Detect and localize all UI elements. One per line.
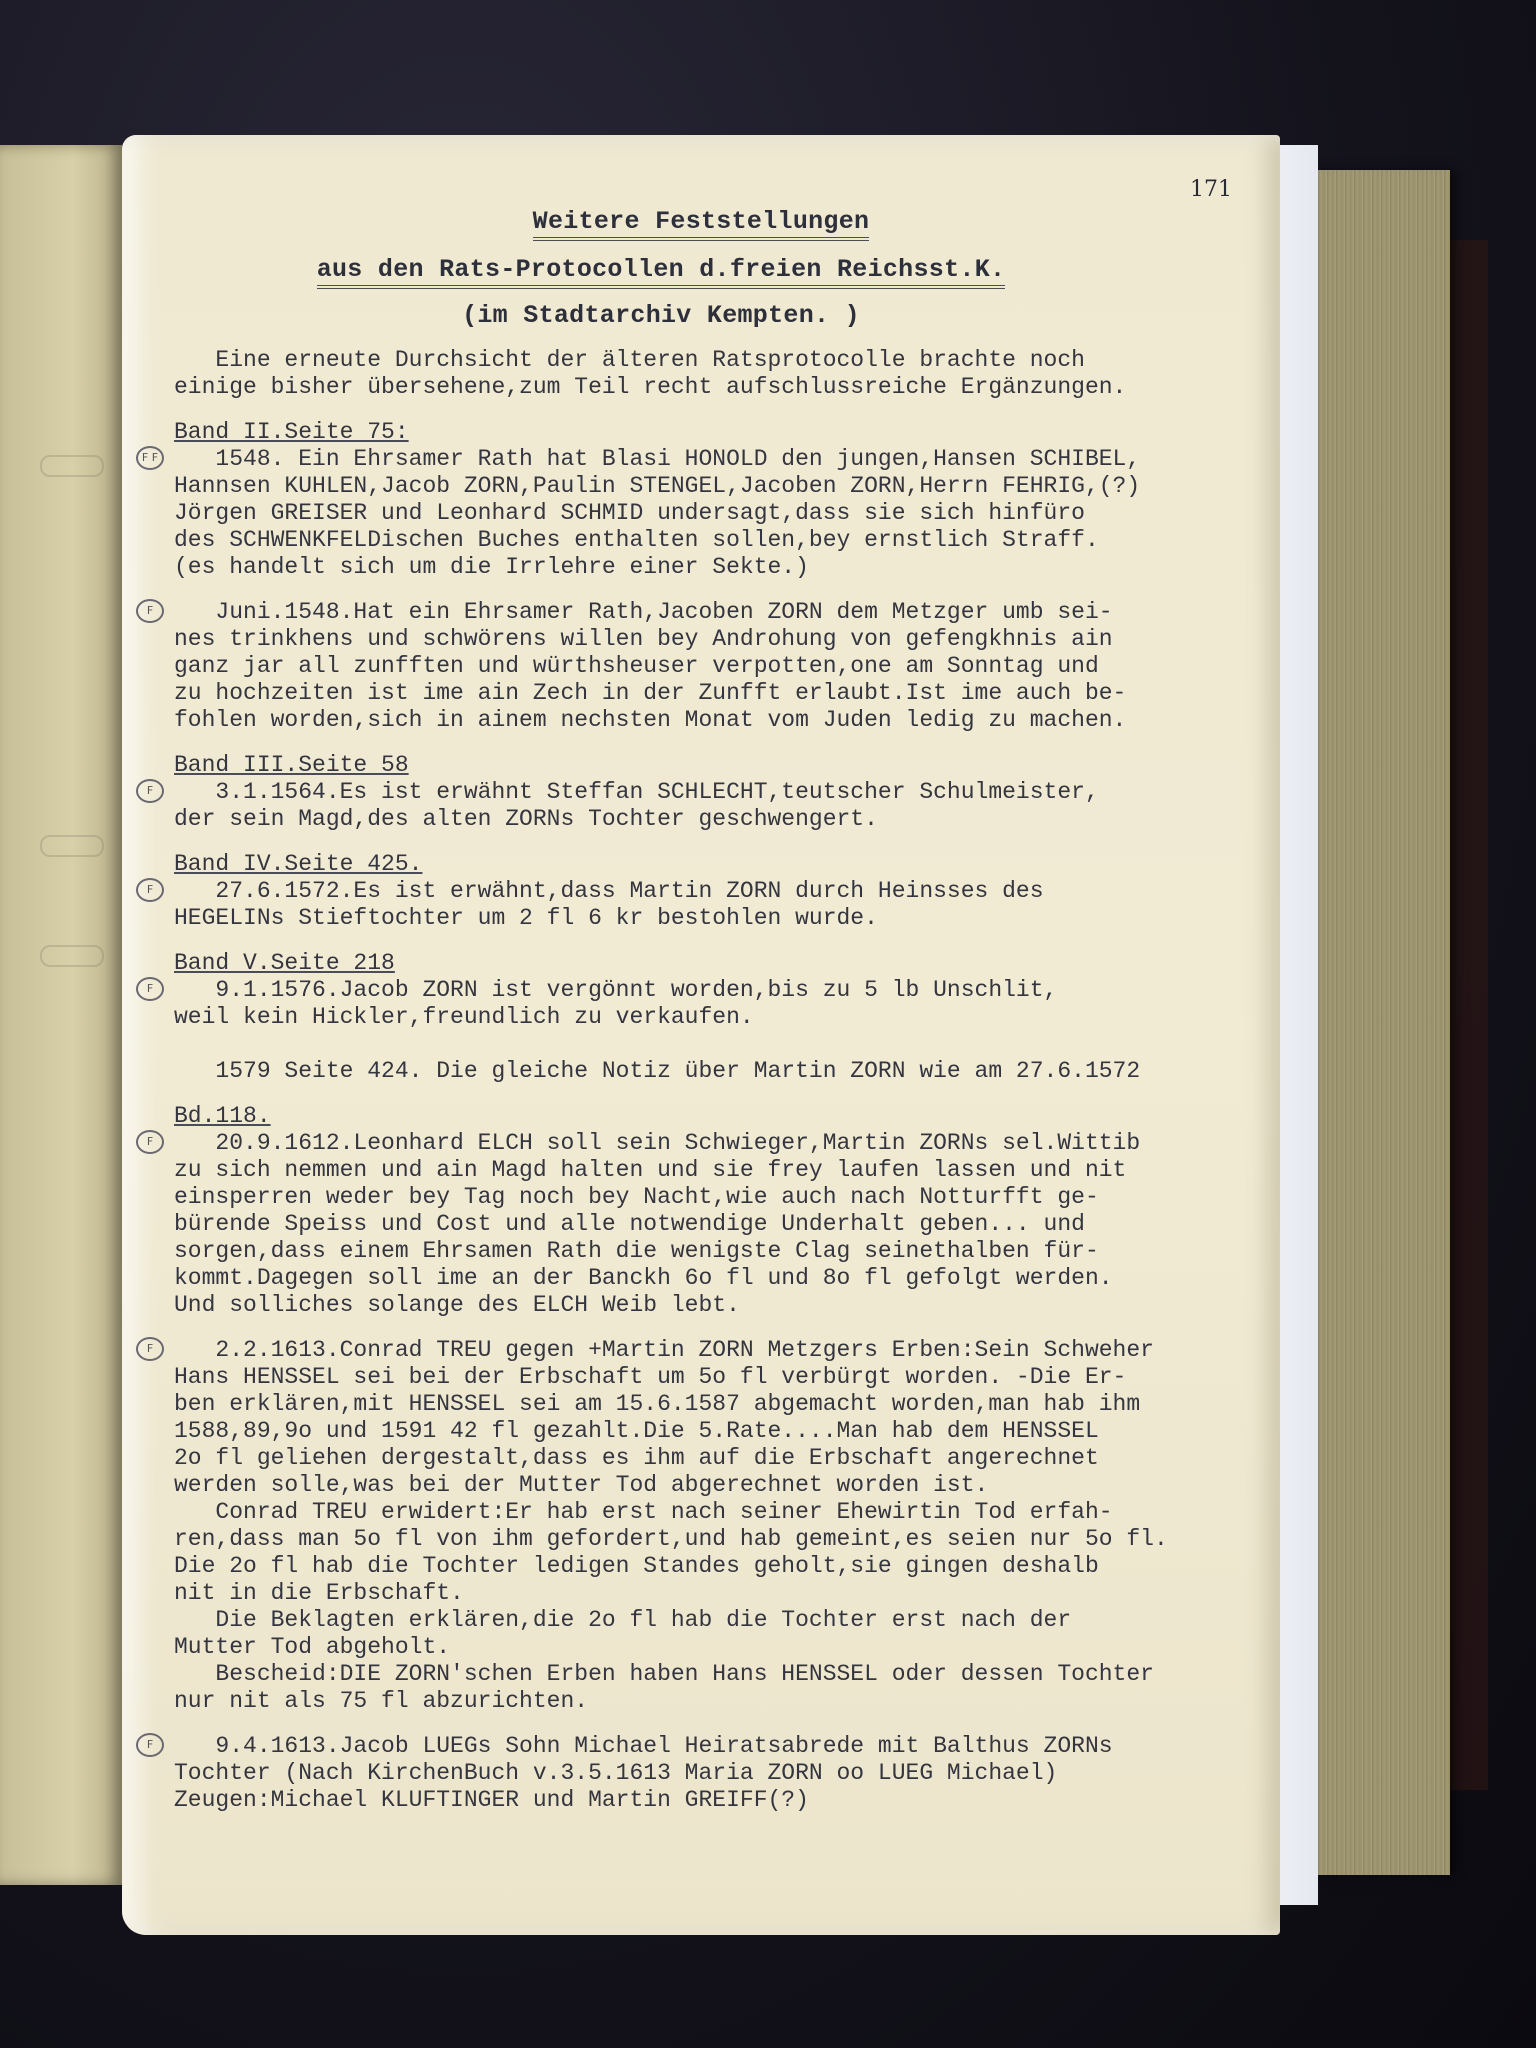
text-line: Hans HENSSEL sei bei der Erbschaft um 5o… — [174, 1364, 1274, 1391]
section-heading: Bd.118. — [174, 1103, 1274, 1130]
text-line: Bescheid:DIE ZORN'schen Erben haben Hans… — [174, 1661, 1274, 1688]
text-line: 2o fl geliehen dergestalt,dass es ihm au… — [174, 1445, 1274, 1472]
section-heading: Band II.Seite 75: — [174, 419, 1274, 446]
bleed-through-mark — [40, 835, 104, 857]
text-line: 3.1.1564.Es ist erwähnt Steffan SCHLECHT… — [174, 779, 1274, 806]
text-line: ben erklären,mit HENSSEL sei am 15.6.158… — [174, 1391, 1274, 1418]
text-line: zu hochzeiten ist ime ain Zech in der Zu… — [174, 680, 1274, 707]
text-line: zu sich nemmen und ain Magd halten und s… — [174, 1157, 1274, 1184]
text-line: nes trinkhens und schwörens willen bey A… — [174, 626, 1274, 653]
section-heading-text: Band II.Seite 75: — [174, 419, 409, 445]
text-line: 27.6.1572.Es ist erwähnt,dass Martin ZOR… — [174, 878, 1274, 905]
margin-marker-icon: F — [136, 977, 164, 1001]
text-line — [174, 1031, 1274, 1058]
text-line: 9.4.1613.Jacob LUEGs Sohn Michael Heirat… — [174, 1733, 1274, 1760]
text-line: Tochter (Nach KirchenBuch v.3.5.1613 Mar… — [174, 1760, 1274, 1787]
text-line: Juni.1548.Hat ein Ehrsamer Rath,Jacoben … — [174, 599, 1274, 626]
text-line: der sein Magd,des alten ZORNs Tochter ge… — [174, 806, 1274, 833]
text-line: Die Beklagten erklären,die 2o fl hab die… — [174, 1607, 1274, 1634]
page-block-edges — [1300, 170, 1450, 1875]
text-line: 20.9.1612.Leonhard ELCH soll sein Schwie… — [174, 1130, 1274, 1157]
text-line: 1548. Ein Ehrsamer Rath hat Blasi HONOLD… — [174, 446, 1274, 473]
margin-marker-icon: F F — [136, 446, 164, 470]
intro-line: einige bisher übersehene,zum Teil recht … — [174, 374, 1274, 401]
text-line: Jörgen GREISER und Leonhard SCHMID under… — [174, 500, 1274, 527]
text-line: 2.2.1613.Conrad TREU gegen +Martin ZORN … — [174, 1337, 1274, 1364]
text-line: weil kein Hickler,freundlich zu verkaufe… — [174, 1004, 1274, 1031]
text-line: Zeugen:Michael KLUFTINGER und Martin GRE… — [174, 1787, 1274, 1814]
section-heading-text: Band III.Seite 58 — [174, 752, 409, 778]
bleed-through-mark — [40, 455, 104, 477]
text-line: Conrad TREU erwidert:Er hab erst nach se… — [174, 1499, 1274, 1526]
text-line: ganz jar all zunfften und würthsheuser v… — [174, 653, 1274, 680]
section-heading: Band V.Seite 218 — [174, 950, 1274, 977]
text-line: Mutter Tod abgeholt. — [174, 1634, 1274, 1661]
text-line: kommt.Dagegen soll ime an der Banckh 6o … — [174, 1265, 1274, 1292]
text-line: 1588,89,9o und 1591 42 fl gezahlt.Die 5.… — [174, 1418, 1274, 1445]
margin-marker-icon: F — [136, 779, 164, 803]
margin-marker-icon: F — [136, 599, 164, 623]
book-cover-edge — [1448, 240, 1488, 1790]
text-line: werden solle,was bei der Mutter Tod abge… — [174, 1472, 1274, 1499]
margin-marker-icon: F — [136, 878, 164, 902]
text-line: 9.1.1576.Jacob ZORN ist vergönnt worden,… — [174, 977, 1274, 1004]
title-line-2: aus den Rats-Protocollen d.freien Reichs… — [82, 255, 1240, 284]
page-number: 171 — [1190, 177, 1232, 202]
text-line: einsperren weder bey Tag noch bey Nacht,… — [174, 1184, 1274, 1211]
text-line: nit in die Erbschaft. — [174, 1580, 1274, 1607]
title-line-1: Weitere Feststellungen — [122, 207, 1280, 236]
section-heading: Band IV.Seite 425. — [174, 851, 1274, 878]
text-line: Die 2o fl hab die Tochter ledigen Stande… — [174, 1553, 1274, 1580]
section-heading-text: Bd.118. — [174, 1103, 271, 1129]
margin-marker-icon: F — [136, 1337, 164, 1361]
text-line: HEGELINs Stieftochter um 2 fl 6 kr besto… — [174, 905, 1274, 932]
text-line: ren,dass man 5o fl von ihm gefordert,und… — [174, 1526, 1274, 1553]
text-line: des SCHWENKFELDischen Buches enthalten s… — [174, 527, 1274, 554]
margin-marker-icon: F — [136, 1733, 164, 1757]
section-heading: Band III.Seite 58 — [174, 752, 1274, 779]
document-page: 171 Weitere Feststellungen aus den Rats-… — [122, 135, 1280, 1935]
text-line: nur nit als 75 fl abzurichten. — [174, 1688, 1274, 1715]
document-body: Eine erneute Durchsicht der älteren Rats… — [174, 347, 1274, 1814]
text-line: Hannsen KUHLEN,Jacob ZORN,Paulin STENGEL… — [174, 473, 1274, 500]
text-line: sorgen,dass einem Ehrsamen Rath die weni… — [174, 1238, 1274, 1265]
text-line: Und solliches solange des ELCH Weib lebt… — [174, 1292, 1274, 1319]
bleed-through-mark — [40, 945, 104, 967]
text-line: 1579 Seite 424. Die gleiche Notiz über M… — [174, 1058, 1274, 1085]
text-line: fohlen worden,sich in ainem nechsten Mon… — [174, 707, 1274, 734]
left-facing-page — [0, 145, 122, 1885]
section-heading-text: Band V.Seite 218 — [174, 950, 395, 976]
section-heading-text: Band IV.Seite 425. — [174, 851, 422, 877]
text-line: bürende Speiss und Cost und alle notwend… — [174, 1211, 1274, 1238]
text-line: (es handelt sich um die Irrlehre einer S… — [174, 554, 1274, 581]
margin-marker-icon: F — [136, 1130, 164, 1154]
title-line-3: (im Stadtarchiv Kempten. ) — [82, 301, 1240, 330]
intro-line: Eine erneute Durchsicht der älteren Rats… — [174, 347, 1274, 374]
